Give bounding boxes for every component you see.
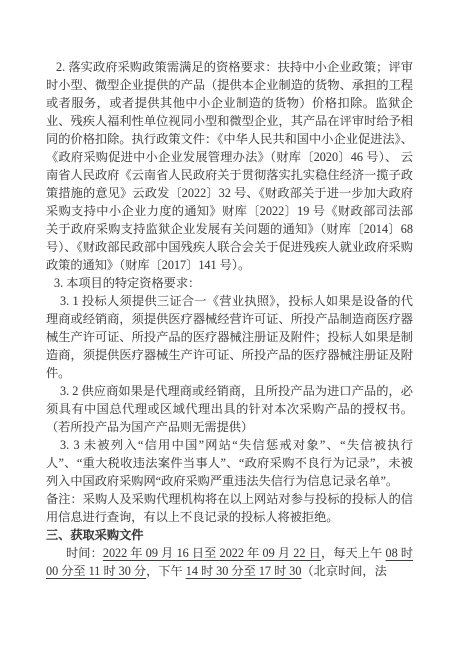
document-body: 2. 落实政府采购政策需满足的资格要求：扶持中小企业政策；评审时小型、微型企业提…	[46, 58, 413, 580]
text-segment: ，下午	[146, 564, 186, 578]
text-segment: 3. 2 供应商如果是代理商或经销商，且所投产品为进口产品的，必须具有中国总代理…	[46, 384, 413, 434]
text-segment: 时间：	[66, 546, 103, 560]
text-segment: ，每天上午	[321, 546, 386, 560]
underlined-field: 2022 年 09 月 16 日至 2022 年 09 月 22 日	[103, 546, 321, 560]
para-document-time: 时间：2022 年 09 月 16 日至 2022 年 09 月 22 日，每天…	[46, 544, 413, 580]
para-item3-3-credit-china: 3. 3 未被列入“信用中国”网站“失信惩戒对象”、“失信被执行人”、“重大税收…	[46, 436, 413, 490]
para-item2-policy-requirements: 2. 落实政府采购政策需满足的资格要求：扶持中小企业政策；评审时小型、微型企业提…	[46, 58, 413, 274]
para-item3-2-import-authorization: 3. 2 供应商如果是代理商或经销商，且所投产品为进口产品的，必须具有中国总代理…	[46, 382, 413, 436]
text-segment: 备注：采购人及采购代理机构将在以上网站对参与投标的投标人的信用信息进行查询，有以…	[46, 492, 413, 524]
para-item3-1-business-license: 3. 1 投标人须提供三证合一《营业执照》，投标人如果是设备的代理商或经销商，须…	[46, 292, 413, 382]
text-segment: 3. 3 未被列入“信用中国”网站“失信惩戒对象”、“失信被执行人”、“重大税收…	[46, 438, 413, 488]
text-segment: 3. 本项目的特定资格要求：	[54, 276, 200, 290]
para-item3-specific-requirements-heading: 3. 本项目的特定资格要求：	[46, 274, 413, 292]
para-remark-credit-check: 备注：采购人及采购代理机构将在以上网站对参与投标的投标人的信用信息进行查询，有以…	[46, 490, 413, 526]
heading-section3-obtain-documents: 三、获取采购文件	[46, 526, 413, 544]
underlined-field: 14 时 30 分至 17 时 30	[186, 564, 302, 578]
text-segment: 三、获取采购文件	[46, 528, 144, 542]
scanned-document-page: 2. 落实政府采购政策需满足的资格要求：扶持中小企业政策；评审时小型、微型企业提…	[0, 0, 465, 663]
text-segment: 3. 1 投标人须提供三证合一《营业执照》，投标人如果是设备的代理商或经销商，须…	[46, 294, 413, 380]
text-segment: （北京时间，法	[302, 564, 387, 578]
text-segment: 2. 落实政府采购政策需满足的资格要求：扶持中小企业政策；评审时小型、微型企业提…	[46, 60, 413, 272]
